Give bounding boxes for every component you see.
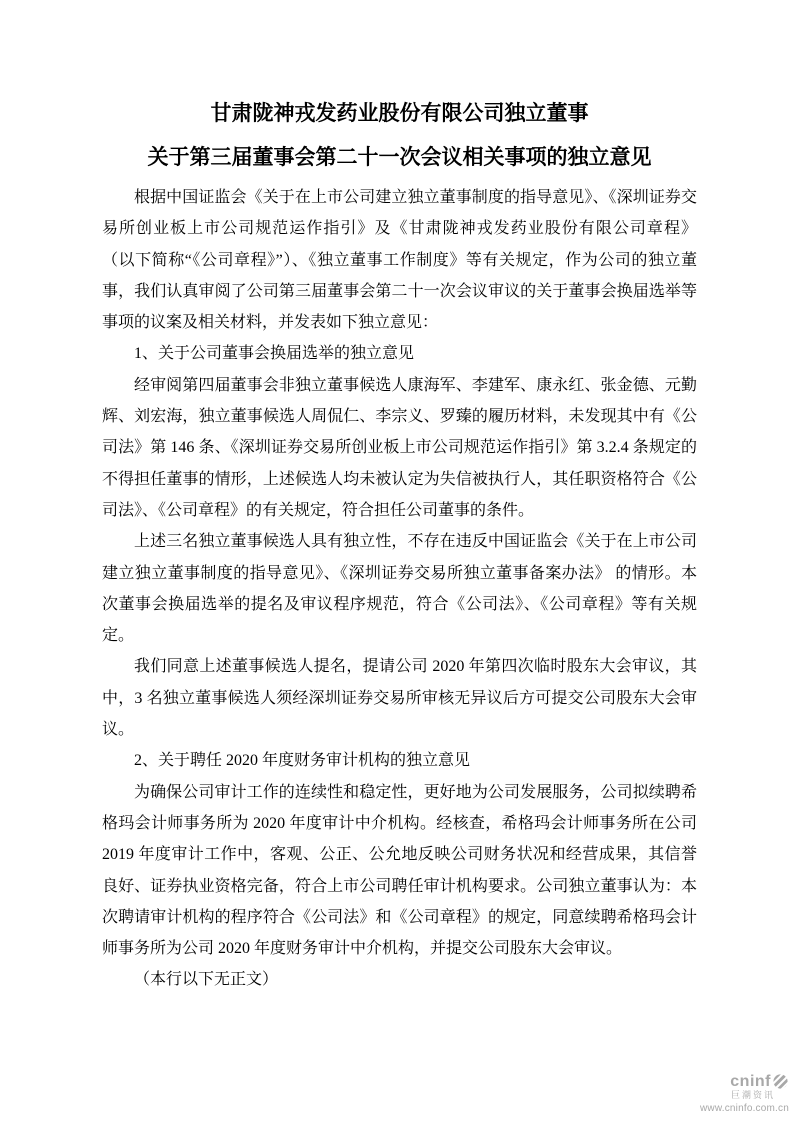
- paragraph-candidates: 经审阅第四届董事会非独立董事候选人康海军、李建军、康永红、张金德、元勤辉、刘宏海…: [102, 370, 697, 526]
- cninfo-url: www.cninfo.com.cn: [700, 1103, 789, 1114]
- document-body: 根据中国证监会《关于在上市公司建立独立董事制度的指导意见》、《深圳证券交易所创业…: [102, 182, 697, 996]
- paragraph-intro: 根据中国证监会《关于在上市公司建立独立董事制度的指导意见》、《深圳证券交易所创业…: [102, 182, 697, 338]
- section-heading-1: 1、关于公司董事会换届选举的独立意见: [102, 338, 697, 369]
- document-page: 甘肃陇神戎发药业股份有限公司独立董事 关于第三届董事会第二十一次会议相关事项的独…: [0, 0, 793, 1122]
- document-title-line1: 甘肃陇神戎发药业股份有限公司独立董事: [102, 92, 697, 136]
- no-more-text-note: （本行以下无正文）: [102, 964, 697, 995]
- paragraph-independence: 上述三名独立董事候选人具有独立性，不存在违反中国证监会《关于在上市公司建立独立董…: [102, 526, 697, 651]
- document-title-line2: 关于第三届董事会第二十一次会议相关事项的独立意见: [102, 136, 697, 180]
- paragraph-agreement: 我们同意上述董事候选人提名，提请公司 2020 年第四次临时股东大会审议，其中，…: [102, 651, 697, 745]
- cninfo-brand-row: cninf: [700, 1073, 789, 1091]
- cninfo-watermark: cninf 巨潮资讯 www.cninfo.com.cn: [700, 1073, 789, 1114]
- cninfo-brand-text: cninf: [730, 1073, 771, 1091]
- section-heading-2: 2、关于聘任 2020 年度财务审计机构的独立意见: [102, 745, 697, 776]
- cninfo-chinese-name: 巨潮资讯: [700, 1091, 775, 1101]
- swirl-globe-icon: [772, 1073, 789, 1090]
- paragraph-audit-firm: 为确保公司审计工作的连续性和稳定性，更好地为公司发展服务，公司拟续聘希格玛会计师…: [102, 777, 697, 965]
